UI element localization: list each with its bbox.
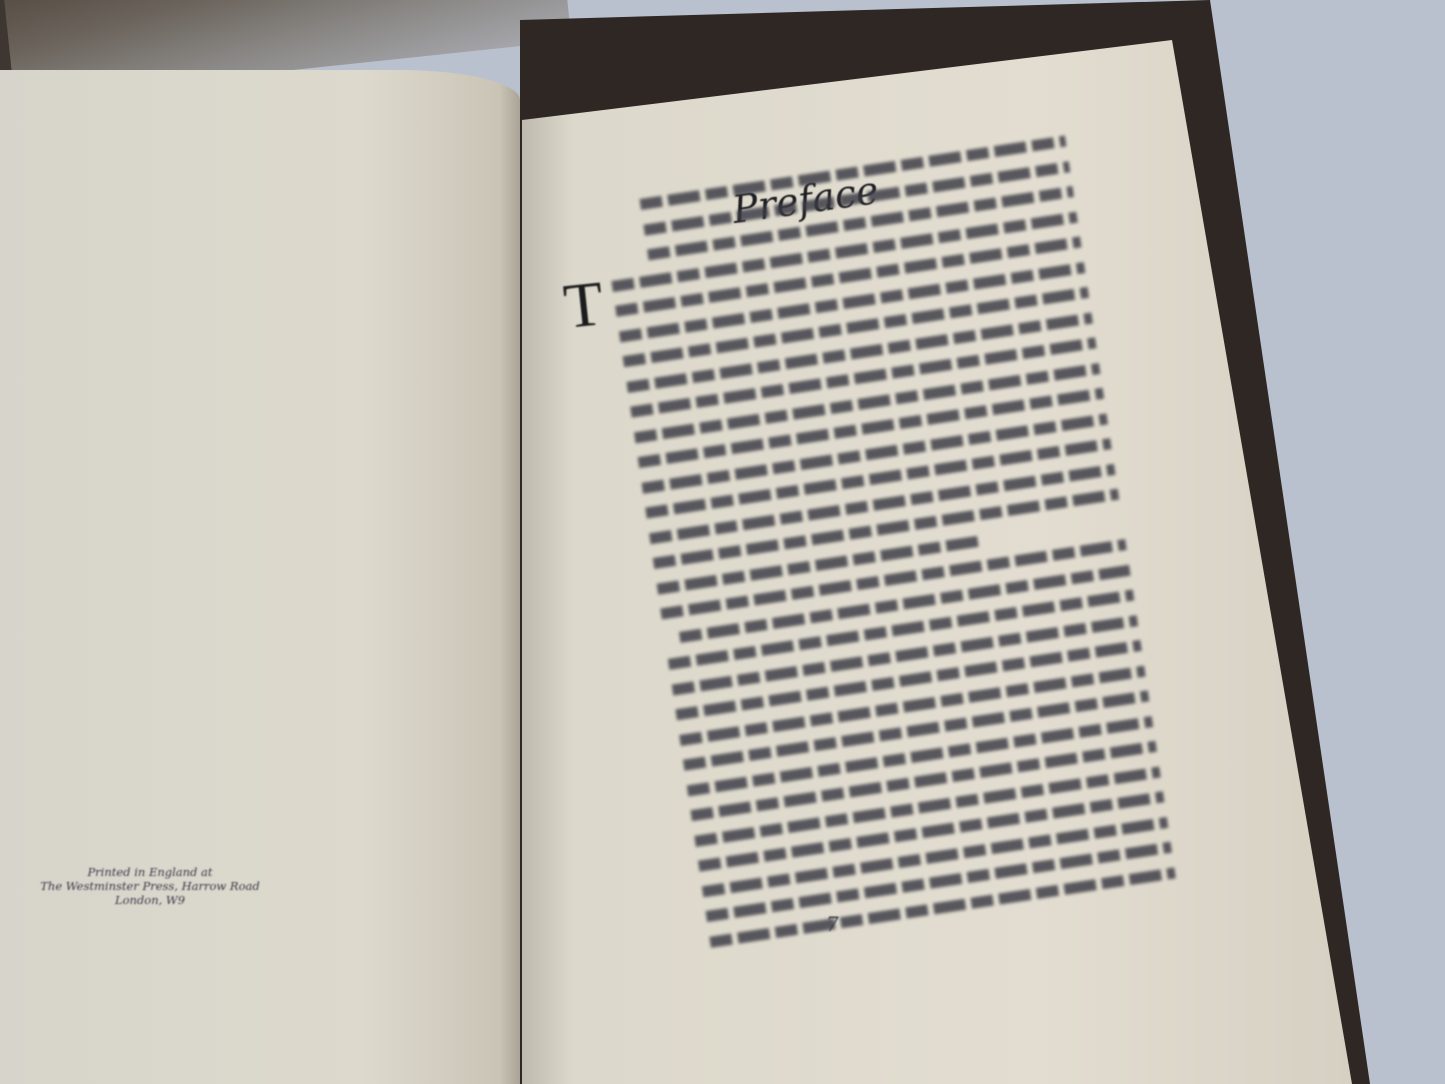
printer-imprint: Printed in England at The Westminster Pr… [20,865,280,907]
page-number: 7 [826,912,839,936]
imprint-line-3: London, W9 [20,893,280,907]
drop-cap: T [560,266,607,344]
imprint-line-2: The Westminster Press, Harrow Road [20,879,280,893]
left-page [0,70,520,1084]
imprint-line-1: Printed in England at [20,865,280,879]
